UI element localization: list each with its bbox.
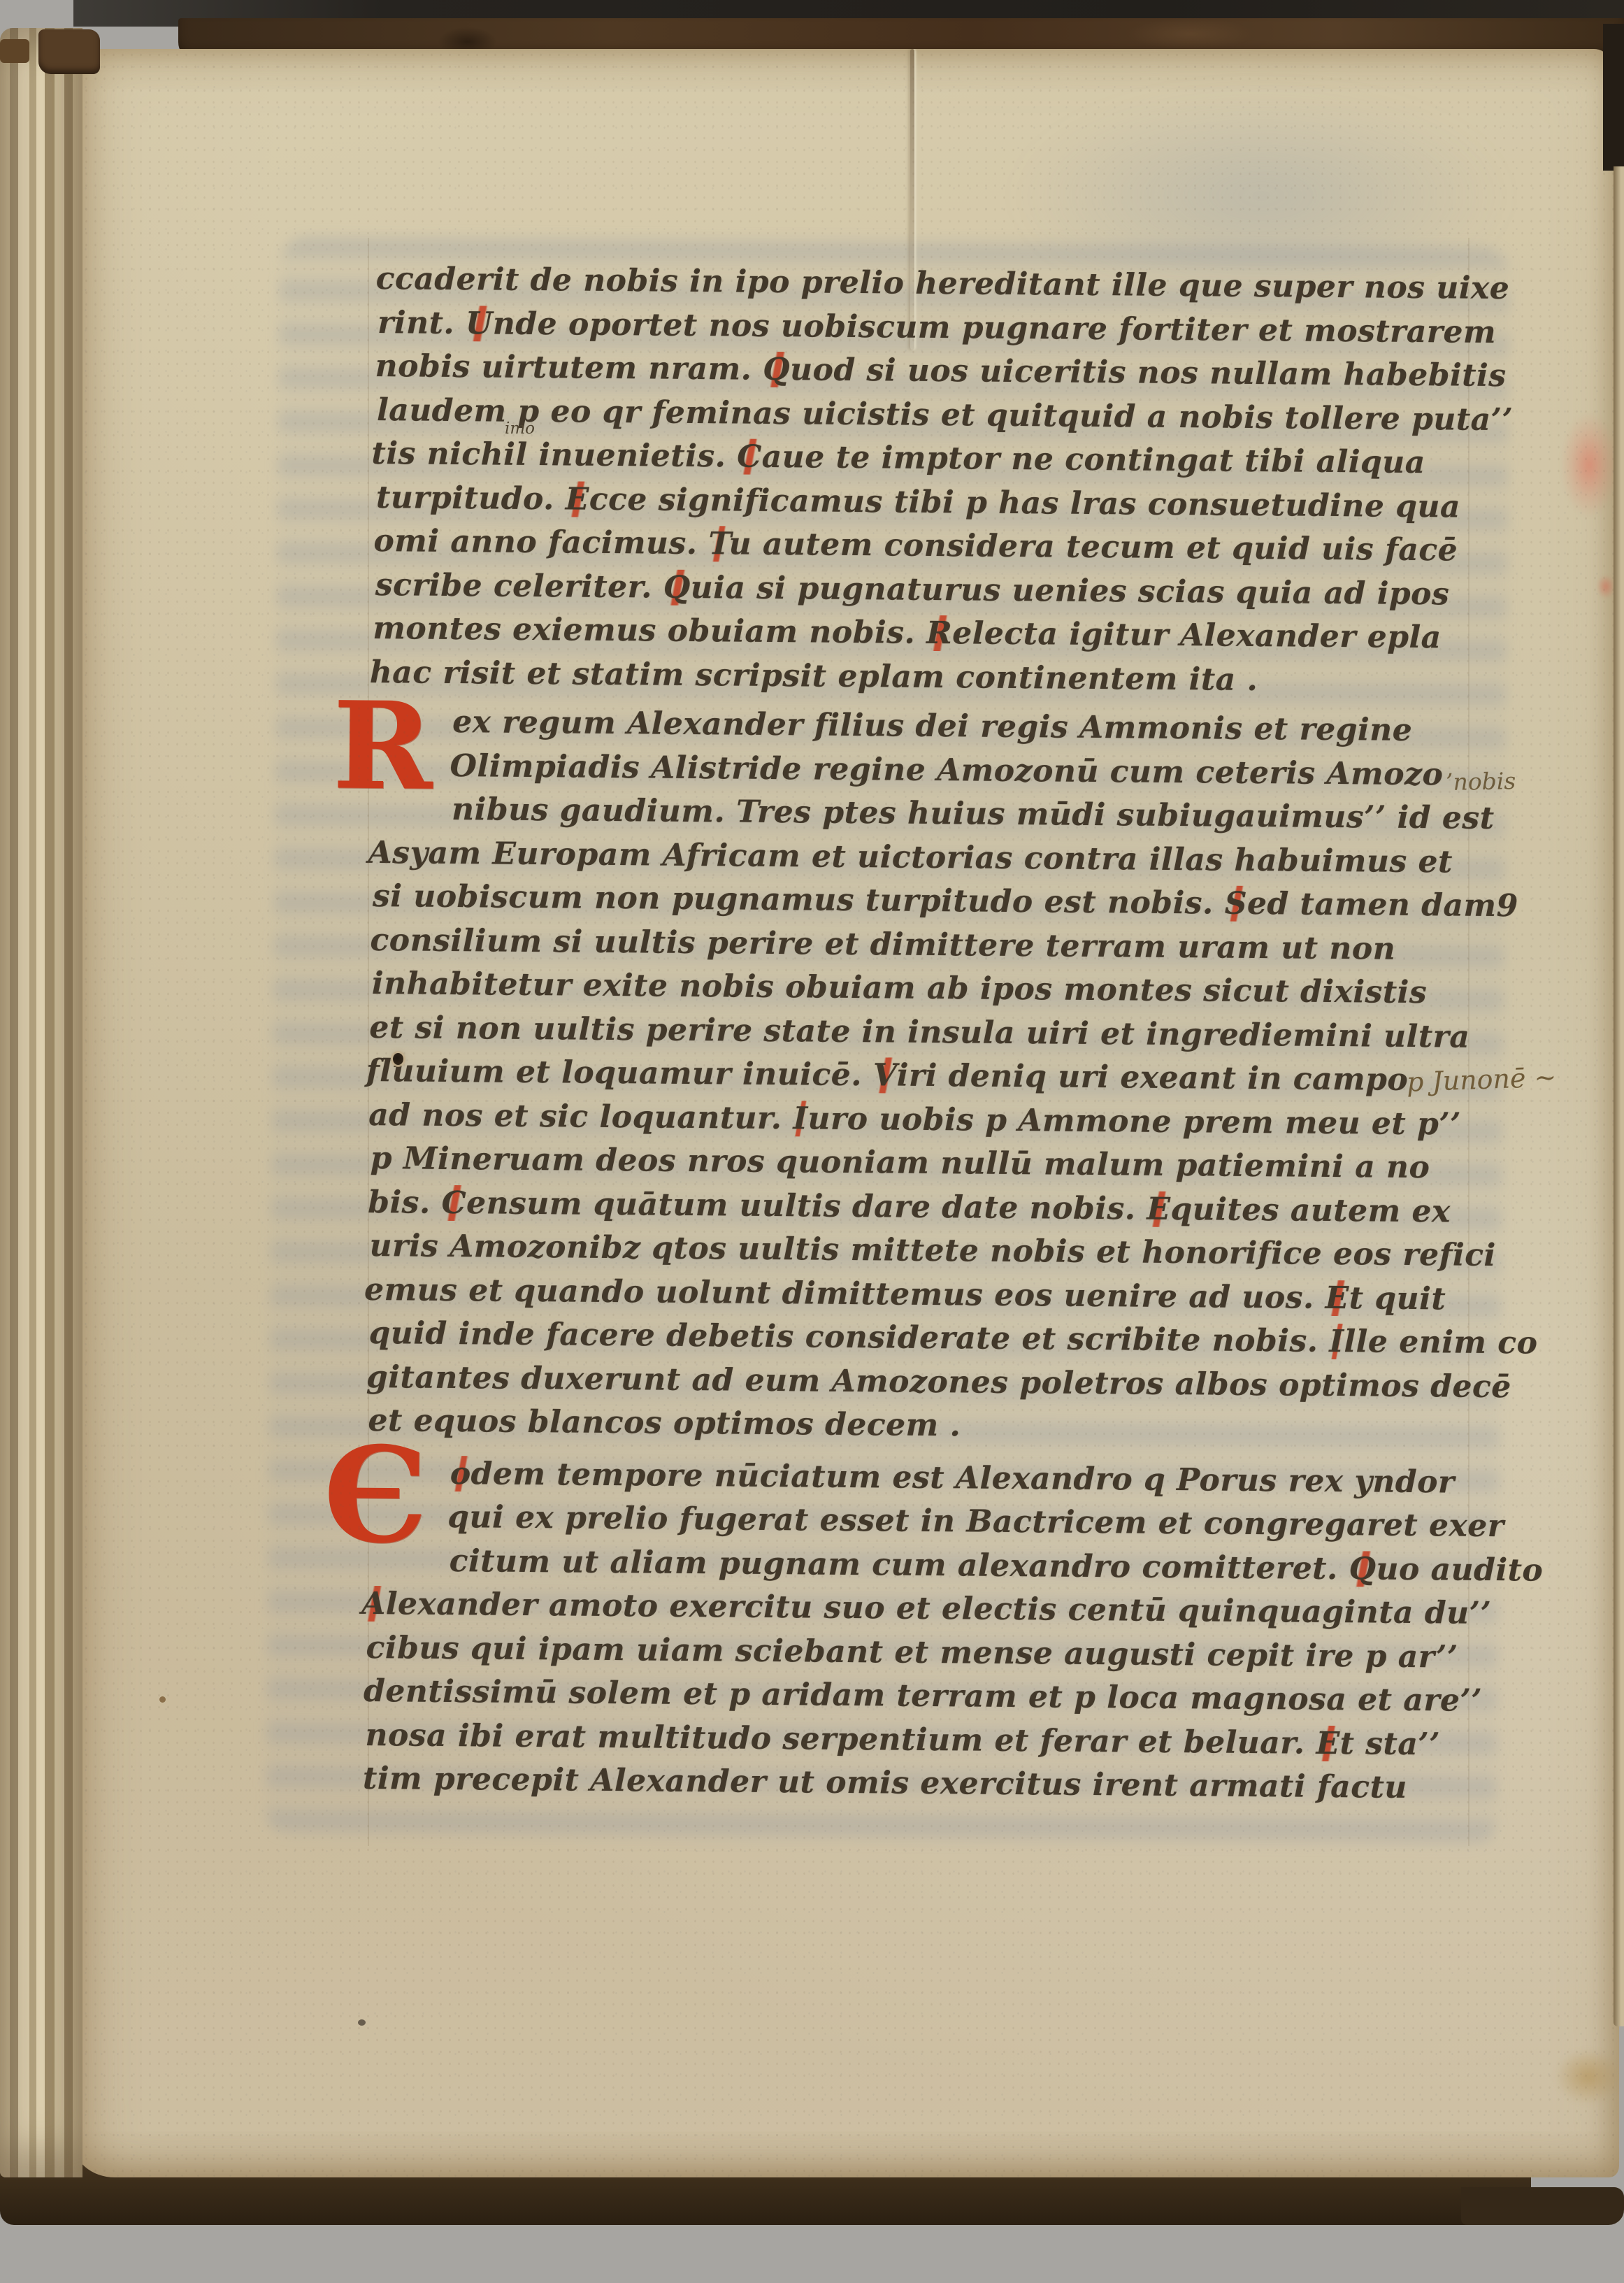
rubricated-letter: E bbox=[566, 481, 589, 517]
binding-leather-fragment bbox=[0, 39, 29, 63]
rubricated-letter: Q bbox=[1349, 1551, 1376, 1587]
rubricated-letter: V bbox=[873, 1057, 897, 1093]
red-pigment-offset-stain bbox=[1560, 413, 1618, 517]
parchment-page: ccaderit de nobis in ipo prelio heredita… bbox=[73, 49, 1619, 2177]
interlinear-note: imo bbox=[505, 420, 535, 438]
margin-note-nobis: ’nobis bbox=[1446, 767, 1516, 796]
ink-speck bbox=[159, 1696, 166, 1703]
margin-note-junone: p Junonē ~ bbox=[1406, 1061, 1557, 1097]
paragraph: Єodem tempore nūciatum est Alexandro q P… bbox=[363, 1451, 1512, 1810]
rubricated-letter: E bbox=[1147, 1191, 1170, 1226]
binding-leather-fragment bbox=[38, 29, 100, 74]
binding-leather-bottom-edge bbox=[1461, 2187, 1624, 2225]
paragraph: ccaderit de nobis in ipo prelio heredita… bbox=[373, 257, 1523, 704]
red-pigment-offset-stain bbox=[1597, 575, 1615, 599]
next-leaf-sliver bbox=[1614, 166, 1624, 2026]
brown-stain bbox=[1555, 2049, 1619, 2105]
rubricated-letter: I bbox=[1329, 1324, 1344, 1359]
rubricated-letter: A bbox=[361, 1586, 386, 1622]
rubricated-letter: C bbox=[737, 439, 762, 475]
manuscript-line: et equos blancos optimos decem . bbox=[368, 1399, 1514, 1453]
paragraph: Rex regum Alexander filius dei regis Amm… bbox=[366, 700, 1518, 1453]
rubricated-letter: C bbox=[441, 1185, 466, 1220]
rubricated-letter: S bbox=[1224, 886, 1247, 922]
rubricated-letter: E bbox=[1325, 1280, 1349, 1315]
manuscript-line: hac risit et statim scripsit eplam conti… bbox=[370, 650, 1516, 704]
gutter-shadow bbox=[1603, 24, 1624, 171]
manuscript-photo: ccaderit de nobis in ipo prelio heredita… bbox=[0, 0, 1624, 2283]
rubricated-letter: I bbox=[793, 1101, 808, 1136]
rubricated-letter: o bbox=[450, 1455, 471, 1491]
rubricated-letter: Q bbox=[663, 569, 691, 605]
rubricated-letter: R bbox=[926, 615, 953, 651]
rubricated-letter: U bbox=[466, 306, 493, 341]
ink-speck bbox=[358, 2019, 366, 2026]
page-edges-stack bbox=[0, 28, 82, 2177]
rubricated-letter: E bbox=[1316, 1725, 1339, 1761]
wormhole bbox=[393, 1053, 403, 1065]
rubricated-letter: T bbox=[708, 526, 729, 561]
text-block: ccaderit de nobis in ipo prelio heredita… bbox=[363, 257, 1523, 1811]
rubricated-letter: Q bbox=[763, 352, 790, 387]
